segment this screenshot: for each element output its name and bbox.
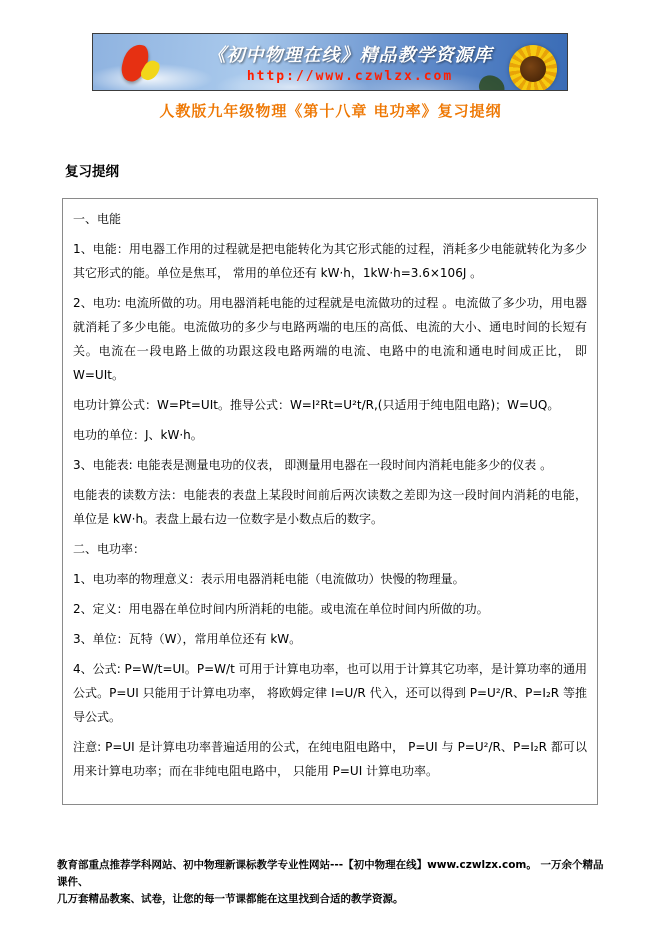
banner-title: 《初中物理在线》精品教学资源库 [203, 41, 497, 67]
sunflower-center [520, 56, 546, 82]
footer-note: 教育部重点推荐学科网站、初中物理新课标教学专业性网站---【初中物理在线】www… [57, 857, 613, 908]
document-page: 《初中物理在线》精品教学资源库 http://www.czwlzx.com 人教… [0, 0, 661, 936]
para-power-note: 注意: P=UI 是计算电功率普遍适用的公式，在纯电阻电路中， P=UI 与 P… [73, 735, 587, 783]
page-title: 人教版九年级物理《第十八章 电功率》复习提纲 [0, 100, 661, 121]
outline-heading: 复习提纲 [65, 160, 119, 180]
outline-box: 一、电能 1、电能：用电器工作用的过程就是把电能转化为其它形式能的过程，消耗多少… [62, 198, 598, 805]
banner-url: http://www.czwlzx.com [203, 69, 497, 84]
para-energy-meter-reading: 电能表的读数方法：电能表的表盘上某段时间前后两次读数之差即为这一段时间内消耗的电… [73, 483, 587, 531]
para-electric-work-unit: 电功的单位：J、kW·h。 [73, 423, 587, 447]
site-banner: 《初中物理在线》精品教学资源库 http://www.czwlzx.com [92, 33, 568, 91]
site-logo-icon [123, 44, 173, 86]
para-electric-energy-def: 1、电能：用电器工作用的过程就是把电能转化为其它形式能的过程，消耗多少电能就转化… [73, 237, 587, 285]
para-power-meaning: 1、电功率的物理意义：表示用电器消耗电能（电流做功）快慢的物理量。 [73, 567, 587, 591]
footer-line-2: 几万套精品教案、试卷，让您的每一节课都能在这里找到合适的教学资源。 [57, 891, 613, 908]
para-power-definition: 2、定义：用电器在单位时间内所消耗的电能。或电流在单位时间内所做的功。 [73, 597, 587, 621]
para-power-formula: 4、公式: P=W/t=UI。P=W/t 可用于计算电功率，也可以用于计算其它功… [73, 657, 587, 729]
para-power-unit: 3、单位：瓦特（W），常用单位还有 kW。 [73, 627, 587, 651]
section-heading-electric-power: 二、电功率： [73, 537, 587, 561]
para-energy-meter-def: 3、电能表: 电能表是测量电功的仪表， 即测量用电器在一段时间内消耗电能多少的仪… [73, 453, 587, 477]
footer-line-1: 教育部重点推荐学科网站、初中物理新课标教学专业性网站---【初中物理在线】www… [57, 857, 613, 891]
para-electric-work-formula: 电功计算公式：W=Pt=UIt。推导公式：W=I²Rt=U²t/R,(只适用于纯… [73, 393, 587, 417]
sunflower-icon [509, 45, 557, 91]
banner-text: 《初中物理在线》精品教学资源库 http://www.czwlzx.com [203, 41, 497, 84]
para-electric-work-def: 2、电功: 电流所做的功。用电器消耗电能的过程就是电流做功的过程 。电流做了多少… [73, 291, 587, 387]
section-heading-electric-energy: 一、电能 [73, 207, 587, 231]
